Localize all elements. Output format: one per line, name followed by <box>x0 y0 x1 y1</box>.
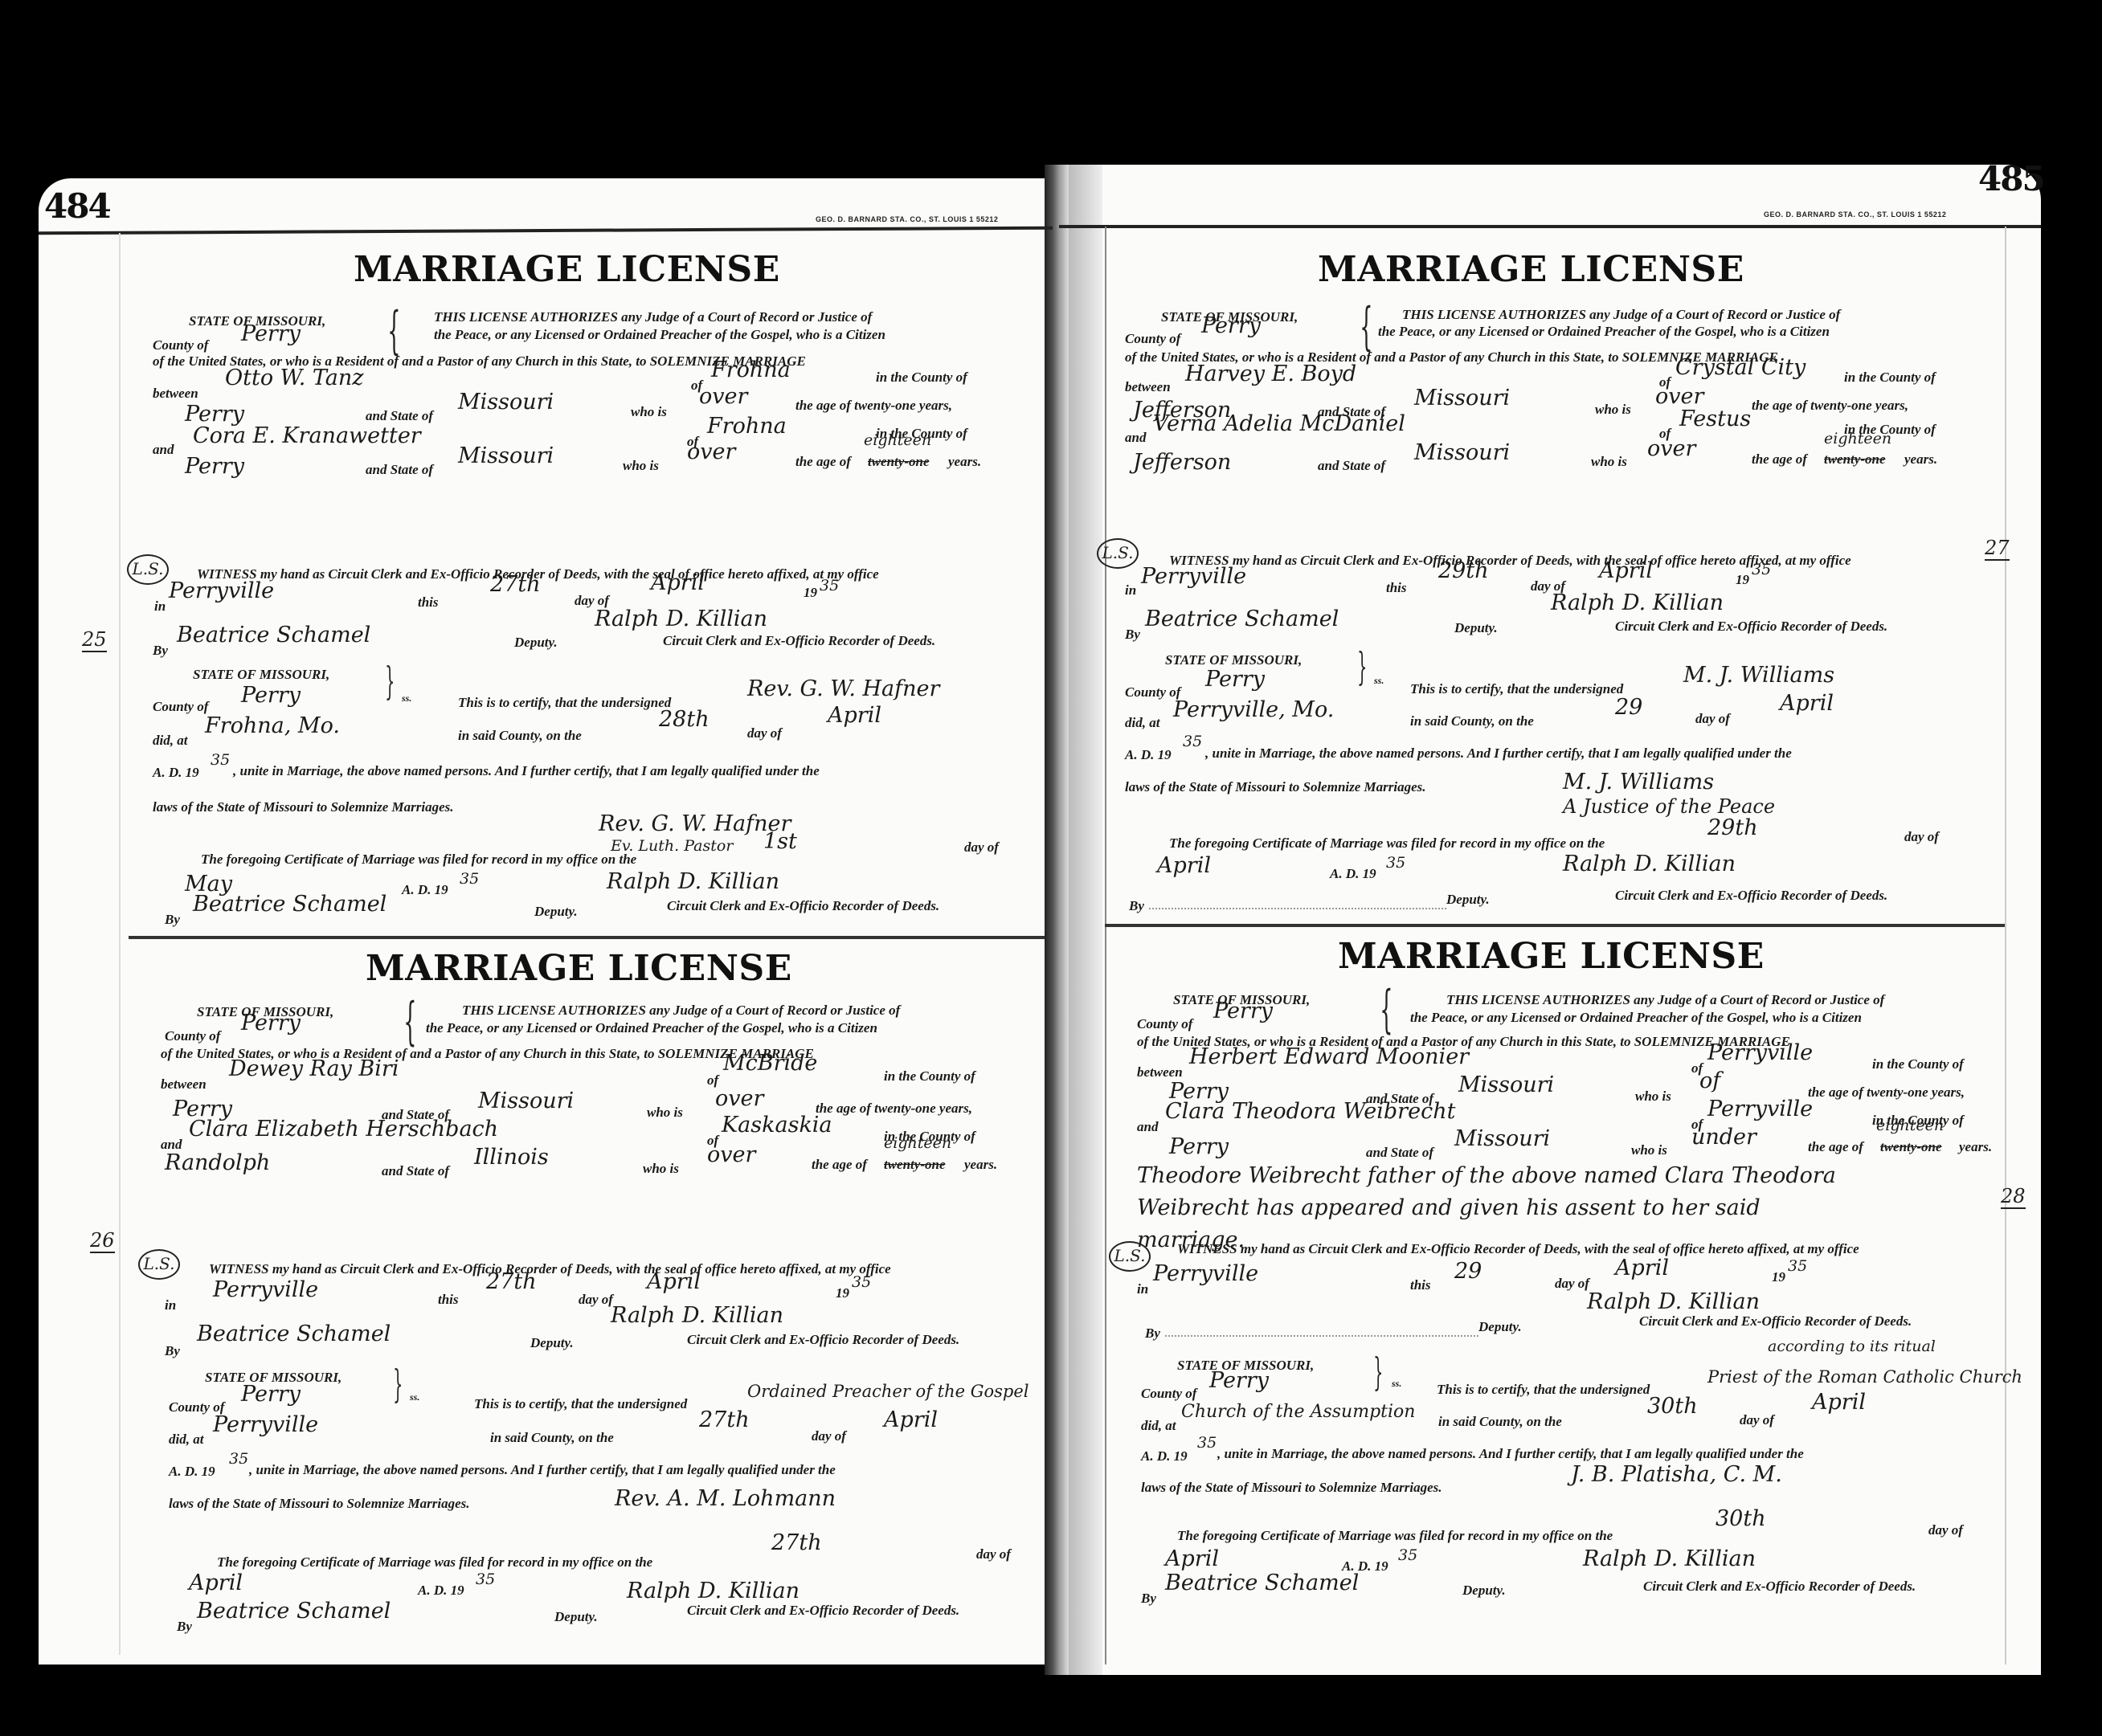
cert-day: 28th <box>659 707 710 732</box>
clerk-signature: Ralph D. Killian <box>1587 1289 1760 1314</box>
witness-month: April <box>1599 558 1653 583</box>
by-label: By <box>177 1619 192 1635</box>
certify-line: This is to certify, that the undersigned <box>1410 681 1623 697</box>
officiant-note: according to its ritual <box>1768 1338 1936 1355</box>
filed-deputy-blank <box>1149 908 1446 909</box>
day-of-label: day of <box>579 1292 613 1308</box>
witness-line: WITNESS my hand as Circuit Clerk and Ex-… <box>1169 553 1851 569</box>
by-label: By <box>1125 627 1140 643</box>
seal-mark: L.S. <box>127 554 169 585</box>
groom-age: over <box>715 1086 763 1111</box>
unite-line: , unite in Marriage, the above named per… <box>249 1462 836 1478</box>
did-at-label: did, at <box>153 733 187 749</box>
bride-name: Clara Elizabeth Herschbach <box>189 1117 498 1142</box>
age-correction: eighteen <box>1876 1117 1944 1134</box>
bride-residence: Frohna <box>707 414 787 439</box>
age-21-label: the age of twenty-one years, <box>1808 1084 1965 1101</box>
brace: { <box>1360 297 1372 357</box>
clerk-signature: Ralph D. Killian <box>1551 590 1724 615</box>
day-of-label: day of <box>1695 711 1730 727</box>
filed-line: The foregoing Certificate of Marriage wa… <box>201 852 636 868</box>
printer-mark-right: GEO. D. BARNARD STA. CO., ST. LOUIS 1 55… <box>1764 210 1946 219</box>
ad-label: A. D. 19 <box>169 1464 215 1480</box>
deputy-label: Deputy. <box>1478 1319 1522 1335</box>
bride-name: Cora E. Kranawetter <box>193 423 421 448</box>
cert-place: Perryville, Mo. <box>1173 697 1334 722</box>
filed-line: The foregoing Certificate of Marriage wa… <box>1169 835 1605 852</box>
clerk-title: Circuit Clerk and Ex-Officio Recorder of… <box>687 1603 959 1619</box>
by-label: By <box>1129 898 1144 914</box>
brace: { <box>403 992 416 1052</box>
did-at-label: did, at <box>1125 715 1159 731</box>
bride-age: over <box>1647 436 1695 461</box>
laws-line: laws of the State of Missouri to Solemni… <box>1141 1480 1442 1496</box>
bride-age: over <box>707 1142 755 1167</box>
clerk-title: Circuit Clerk and Ex-Officio Recorder of… <box>663 633 935 649</box>
state-of-label: and State of <box>1318 458 1385 474</box>
cert-year: 35 <box>1183 733 1202 750</box>
county-label: County of <box>153 699 208 715</box>
license-title: MARRIAGE LICENSE <box>1318 249 1744 290</box>
groom-name: Harvey E. Boyd <box>1185 361 1356 386</box>
in-said-county-label: in said County, on the <box>1438 1414 1562 1430</box>
between-label: between <box>161 1076 207 1093</box>
seal-mark: L.S. <box>138 1249 180 1280</box>
filed-clerk-signature: Ralph D. Killian <box>627 1579 799 1603</box>
consent-note-line-1: Theodore Weibrecht father of the above n… <box>1137 1163 1836 1188</box>
who-is-label: who is <box>643 1161 679 1177</box>
groom-age: over <box>699 384 747 409</box>
age-21-label: the age of twenty-one years, <box>816 1101 972 1117</box>
auth-line-2: the Peace, or any Licensed or Ordained P… <box>434 327 885 343</box>
cert-county: Perry <box>1209 1368 1269 1393</box>
county-label: County of <box>1137 1016 1192 1032</box>
officiant-signature: M. J. Williams <box>1563 770 1714 794</box>
who-is-label: who is <box>623 458 659 474</box>
groom-state: Missouri <box>458 390 554 415</box>
auth-line-2: the Peace, or any Licensed or Ordained P… <box>1410 1010 1862 1026</box>
ss-label: ss. <box>1374 675 1384 687</box>
witness-line: WITNESS my hand as Circuit Clerk and Ex-… <box>209 1261 891 1277</box>
age-of-label: the age of <box>812 1157 867 1173</box>
certify-line: This is to certify, that the undersigned <box>474 1396 687 1412</box>
cert-place: Frohna, Mo. <box>205 713 340 738</box>
cert-county: Perry <box>241 683 301 708</box>
cert-county: Perry <box>241 1382 301 1407</box>
bride-residence: Festus <box>1679 406 1751 431</box>
bride-name: Clara Theodora Weibrecht <box>1165 1099 1455 1124</box>
witness-day: 29th <box>1438 558 1489 583</box>
who-is-label: who is <box>1631 1142 1667 1158</box>
in-said-county-label: in said County, on the <box>490 1430 614 1446</box>
auth-line-1: THIS LICENSE AUTHORIZES any Judge of a C… <box>434 309 872 325</box>
deputy-label: Deputy. <box>1462 1583 1506 1599</box>
officiant-signature: Rev. G. W. Hafner <box>599 811 791 836</box>
in-label: in <box>1137 1281 1148 1297</box>
county-value: Perry <box>241 1011 301 1035</box>
deputy-label: Deputy. <box>1454 620 1498 636</box>
age-correction: eighteen <box>864 431 931 449</box>
in-label: in <box>165 1297 176 1313</box>
margin-number-28: 28 <box>2001 1185 2026 1209</box>
bride-residence: Kaskaskia <box>722 1113 832 1138</box>
laws-line: laws of the State of Missouri to Solemni… <box>169 1496 470 1512</box>
deputy-label: Deputy. <box>514 635 558 651</box>
between-label: between <box>1137 1064 1183 1080</box>
state-of-label: and State of <box>1366 1145 1433 1161</box>
county-label: County of <box>153 337 208 353</box>
officiant-name: Ordained Preacher of the Gospel <box>747 1382 1029 1401</box>
officiant-name: Priest of the Roman Catholic Church <box>1707 1367 2022 1387</box>
clerk-signature: Ralph D. Killian <box>595 607 767 631</box>
filed-month: April <box>1165 1546 1219 1571</box>
age-of-label: the age of <box>1808 1139 1863 1155</box>
clerk-title: Circuit Clerk and Ex-Officio Recorder of… <box>1615 619 1887 635</box>
filed-line: The foregoing Certificate of Marriage wa… <box>217 1554 652 1571</box>
filed-clerk-signature: Ralph D. Killian <box>1563 852 1736 876</box>
auth-line-1: THIS LICENSE AUTHORIZES any Judge of a C… <box>1446 992 1884 1008</box>
in-county-label: in the County of <box>1844 370 1936 386</box>
filed-clerk-signature: Ralph D. Killian <box>1583 1546 1756 1571</box>
deputy-label: Deputy. <box>530 1335 574 1351</box>
brace: { <box>1380 980 1392 1040</box>
auth-line-2: the Peace, or any Licensed or Ordained P… <box>426 1020 877 1036</box>
who-is-label: who is <box>631 404 667 420</box>
license-title: MARRIAGE LICENSE <box>354 249 780 290</box>
filed-line: The foregoing Certificate of Marriage wa… <box>1177 1528 1613 1544</box>
this-label: this <box>418 594 439 611</box>
filed-year: 35 <box>460 870 479 888</box>
witness-month: April <box>647 1269 701 1294</box>
officiant-title: A Justice of the Peace <box>1563 795 1775 818</box>
license-title: MARRIAGE LICENSE <box>366 948 792 989</box>
bride-age: over <box>687 439 735 464</box>
day-of-label: day of <box>1904 829 1939 845</box>
auth-line-1: THIS LICENSE AUTHORIZES any Judge of a C… <box>1402 307 1840 323</box>
state-of-label: and State of <box>366 462 433 478</box>
bride-age: under <box>1691 1125 1756 1150</box>
bride-name: Verna Adelia McDaniel <box>1153 411 1405 436</box>
brace: } <box>385 659 395 704</box>
filed-day: 29th <box>1707 815 1758 840</box>
groom-age: of <box>1699 1068 1720 1093</box>
ad-label: A. D. 19 <box>418 1583 464 1599</box>
years-label: years. <box>1959 1139 1992 1155</box>
groom-residence: Crystal City <box>1675 355 1806 380</box>
day-of-label: day of <box>964 839 999 856</box>
filed-day: 30th <box>1716 1506 1766 1531</box>
witness-place: Perryville <box>213 1277 318 1302</box>
cert-day: 30th <box>1647 1394 1698 1419</box>
filed-deputy-signature: Beatrice Schamel <box>193 892 386 917</box>
year-prefix: 19 <box>1736 572 1749 588</box>
ss-label: ss. <box>410 1391 419 1403</box>
witness-place: Perryville <box>1141 564 1246 589</box>
seal-mark: L.S. <box>1097 538 1139 569</box>
witness-year: 35 <box>1752 561 1771 578</box>
bride-state: Missouri <box>1414 440 1510 465</box>
who-is-label: who is <box>1595 402 1631 418</box>
cert-year: 35 <box>1197 1434 1217 1452</box>
right-page-edge-line <box>2005 227 2006 1665</box>
state-label: STATE OF MISSOURI, <box>193 667 329 683</box>
state-of-label: and State of <box>366 408 433 424</box>
years-label: years. <box>964 1157 997 1173</box>
brace: } <box>1373 1350 1383 1395</box>
age-struck: twenty-one <box>868 454 930 470</box>
filed-day: 27th <box>771 1530 822 1555</box>
clerk-title: Circuit Clerk and Ex-Officio Recorder of… <box>1639 1313 1912 1330</box>
cert-place: Perryville <box>213 1412 318 1437</box>
groom-residence: Perryville <box>1707 1040 1813 1065</box>
witness-place: Perryville <box>169 578 274 603</box>
groom-state: Missouri <box>478 1089 574 1113</box>
bride-county: Perry <box>1169 1134 1229 1159</box>
state-label: STATE OF MISSOURI, <box>1165 652 1302 668</box>
in-county-label: in the County of <box>1872 1056 1964 1072</box>
ad-label: A. D. 19 <box>1125 747 1172 763</box>
and-label: and <box>1125 430 1146 446</box>
bride-state: Missouri <box>458 443 554 468</box>
day-of-label: day of <box>812 1428 846 1444</box>
cert-county: Perry <box>1205 667 1265 692</box>
day-of-label: day of <box>1740 1412 1774 1428</box>
license-separator-right <box>1105 924 2005 927</box>
cert-month: April <box>1780 691 1834 716</box>
clerk-title: Circuit Clerk and Ex-Officio Recorder of… <box>1615 888 1887 904</box>
witness-month: April <box>651 570 705 595</box>
laws-line: laws of the State of Missouri to Solemni… <box>153 799 454 815</box>
filed-year: 35 <box>476 1571 495 1588</box>
filed-month: April <box>1157 853 1211 878</box>
deputy-signature: Beatrice Schamel <box>177 623 370 647</box>
cert-month: April <box>1812 1390 1866 1415</box>
age-21-label: the age of twenty-one years, <box>1752 398 1908 414</box>
clerk-signature: Ralph D. Killian <box>611 1303 783 1328</box>
bride-county: Perry <box>185 454 244 479</box>
auth-line-1: THIS LICENSE AUTHORIZES any Judge of a C… <box>462 1003 900 1019</box>
left-page-margin-line <box>119 233 121 1655</box>
year-prefix: 19 <box>1772 1269 1785 1285</box>
filed-clerk-signature: Ralph D. Killian <box>607 869 779 894</box>
in-county-label: in the County of <box>884 1068 975 1084</box>
book-spine <box>1045 165 1069 1675</box>
brace: } <box>1357 644 1367 689</box>
who-is-label: who is <box>1635 1089 1671 1105</box>
unite-line: , unite in Marriage, the above named per… <box>1205 745 1792 762</box>
certify-line: This is to certify, that the undersigned <box>1437 1382 1650 1398</box>
in-label: in <box>154 598 166 615</box>
groom-state: Missouri <box>1414 386 1510 411</box>
by-label: By <box>1141 1591 1156 1607</box>
who-is-label: who is <box>647 1105 683 1121</box>
county-value: Perry <box>1213 999 1273 1023</box>
bride-state: Missouri <box>1454 1126 1550 1151</box>
witness-year: 35 <box>852 1273 871 1291</box>
by-label: By <box>165 1343 180 1359</box>
bride-state: Illinois <box>474 1145 549 1170</box>
years-label: years. <box>1904 451 1937 468</box>
ad-label: A. D. 19 <box>402 882 448 898</box>
witness-day: 29 <box>1454 1259 1482 1284</box>
filed-deputy-signature: Beatrice Schamel <box>1165 1571 1359 1595</box>
and-label: and <box>153 442 174 458</box>
witness-year: 35 <box>1788 1257 1807 1275</box>
deputy-signature: Beatrice Schamel <box>197 1321 391 1346</box>
groom-name: Herbert Edward Moonier <box>1189 1044 1469 1069</box>
by-label: By <box>165 912 180 928</box>
age-of-label: the age of <box>1752 451 1807 468</box>
unite-line: , unite in Marriage, the above named per… <box>233 763 820 779</box>
cert-year: 35 <box>229 1450 248 1468</box>
county-label: County of <box>1141 1386 1196 1402</box>
auth-line-2: the Peace, or any Licensed or Ordained P… <box>1378 324 1830 340</box>
in-label: in <box>1125 582 1136 598</box>
year-prefix: 19 <box>804 585 817 601</box>
age-struck: twenty-one <box>1824 451 1886 468</box>
filed-deputy-signature: Beatrice Schamel <box>197 1599 391 1624</box>
did-at-label: did, at <box>169 1432 203 1448</box>
laws-line: laws of the State of Missouri to Solemni… <box>1125 779 1426 795</box>
filed-year: 35 <box>1386 854 1405 872</box>
witness-month: April <box>1615 1256 1669 1281</box>
cert-month: April <box>828 703 881 728</box>
age-correction: eighteen <box>1824 430 1891 447</box>
license-separator-left <box>129 936 1045 939</box>
in-county-label: in the County of <box>876 370 967 386</box>
day-of-label: day of <box>1928 1522 1963 1538</box>
years-label: years. <box>948 454 981 470</box>
margin-number-26: 26 <box>90 1229 115 1253</box>
witness-line: WITNESS my hand as Circuit Clerk and Ex-… <box>1177 1241 1859 1257</box>
witness-day: 27th <box>486 1269 537 1294</box>
deputy-label: Deputy. <box>534 904 578 920</box>
clerk-title: Circuit Clerk and Ex-Officio Recorder of… <box>1643 1579 1916 1595</box>
age-of-label: the age of <box>795 454 851 470</box>
witness-year: 35 <box>820 577 839 594</box>
filed-month: April <box>189 1571 243 1595</box>
bride-residence: Perryville <box>1707 1097 1813 1121</box>
ad-label: A. D. 19 <box>153 765 199 781</box>
certify-line: This is to certify, that the undersigned <box>458 695 671 711</box>
cert-year: 35 <box>211 751 230 769</box>
age-struck: twenty-one <box>884 1157 946 1173</box>
state-of-label: and State of <box>382 1163 449 1179</box>
officiant-name: M. J. Williams <box>1683 663 1834 688</box>
printer-mark-left: GEO. D. BARNARD STA. CO., ST. LOUIS 1 55… <box>816 215 998 223</box>
witness-day: 27th <box>490 572 541 597</box>
day-of-label: day of <box>1555 1276 1589 1292</box>
county-value: Perry <box>241 321 301 346</box>
groom-residence: Frohna <box>711 357 791 382</box>
cert-day: 29 <box>1615 695 1642 720</box>
day-of-label: day of <box>747 725 782 741</box>
ad-label: A. D. 19 <box>1141 1448 1188 1464</box>
this-label: this <box>438 1292 459 1308</box>
clerk-title: Circuit Clerk and Ex-Officio Recorder of… <box>687 1332 959 1348</box>
groom-name: Dewey Ray Biri <box>229 1056 399 1081</box>
county-value: Perry <box>1201 313 1261 338</box>
filed-year: 35 <box>1398 1546 1417 1564</box>
groom-name: Otto W. Tanz <box>225 366 364 390</box>
header-rule-right <box>1059 225 2041 228</box>
ss-label: ss. <box>402 692 411 705</box>
did-at-label: did, at <box>1141 1418 1176 1434</box>
filed-day: 1st <box>763 829 797 854</box>
between-label: between <box>1125 379 1171 395</box>
age-correction: eighteen <box>884 1134 951 1152</box>
deputy-blank <box>1165 1335 1478 1337</box>
unite-line: , unite in Marriage, the above named per… <box>1217 1446 1804 1462</box>
groom-residence: McBride <box>723 1051 817 1076</box>
officiant-name: Rev. G. W. Hafner <box>747 676 939 701</box>
clerk-title: Circuit Clerk and Ex-Officio Recorder of… <box>667 898 939 914</box>
deputy-label: Deputy. <box>554 1609 598 1625</box>
bride-county: Jefferson <box>1133 450 1231 475</box>
year-prefix: 19 <box>836 1285 849 1301</box>
between-label: between <box>153 386 198 402</box>
brace: } <box>393 1362 403 1407</box>
by-label: By <box>153 643 168 659</box>
right-page-gutter <box>1069 165 1102 1675</box>
seal-mark: L.S. <box>1109 1241 1151 1272</box>
bride-county: Randolph <box>165 1150 270 1175</box>
groom-state: Missouri <box>1458 1072 1554 1097</box>
officiant-signature: Rev. A. M. Lohmann <box>615 1486 836 1511</box>
groom-age: over <box>1655 384 1703 409</box>
cert-day: 27th <box>699 1407 750 1432</box>
and-label: and <box>1137 1119 1158 1135</box>
day-of-label: day of <box>976 1546 1011 1562</box>
margin-number-25: 25 <box>82 628 107 652</box>
in-said-county-label: in said County, on the <box>458 728 582 744</box>
margin-number-27: 27 <box>1985 537 2010 561</box>
left-page-number: 484 <box>44 186 110 226</box>
this-label: this <box>1386 580 1407 596</box>
right-page-margin-line <box>1105 227 1106 1665</box>
ss-label: ss. <box>1392 1378 1401 1390</box>
ad-label: A. D. 19 <box>1330 866 1376 882</box>
who-is-label: who is <box>1591 454 1627 470</box>
deputy-signature: Beatrice Schamel <box>1145 607 1339 631</box>
age-struck: twenty-one <box>1880 1139 1942 1155</box>
this-label: this <box>1410 1277 1431 1293</box>
cert-month: April <box>884 1407 938 1432</box>
age-21-label: the age of twenty-one years, <box>795 398 952 414</box>
officiant-signature: J. B. Platisha, C. M. <box>1571 1462 1782 1487</box>
right-page-number: 485 <box>1978 159 2044 198</box>
by-label: By <box>1145 1325 1160 1342</box>
in-said-county-label: in said County, on the <box>1410 713 1534 729</box>
county-label: County of <box>1125 331 1180 347</box>
brace: { <box>387 301 400 361</box>
cert-place: Church of the Assumption <box>1181 1402 1415 1422</box>
county-label: County of <box>165 1028 220 1044</box>
witness-place: Perryville <box>1153 1261 1258 1286</box>
deputy-label: Deputy. <box>1446 892 1490 908</box>
consent-note-line-2: Weibrecht has appeared and given his ass… <box>1137 1195 1761 1220</box>
license-title: MARRIAGE LICENSE <box>1338 936 1765 977</box>
